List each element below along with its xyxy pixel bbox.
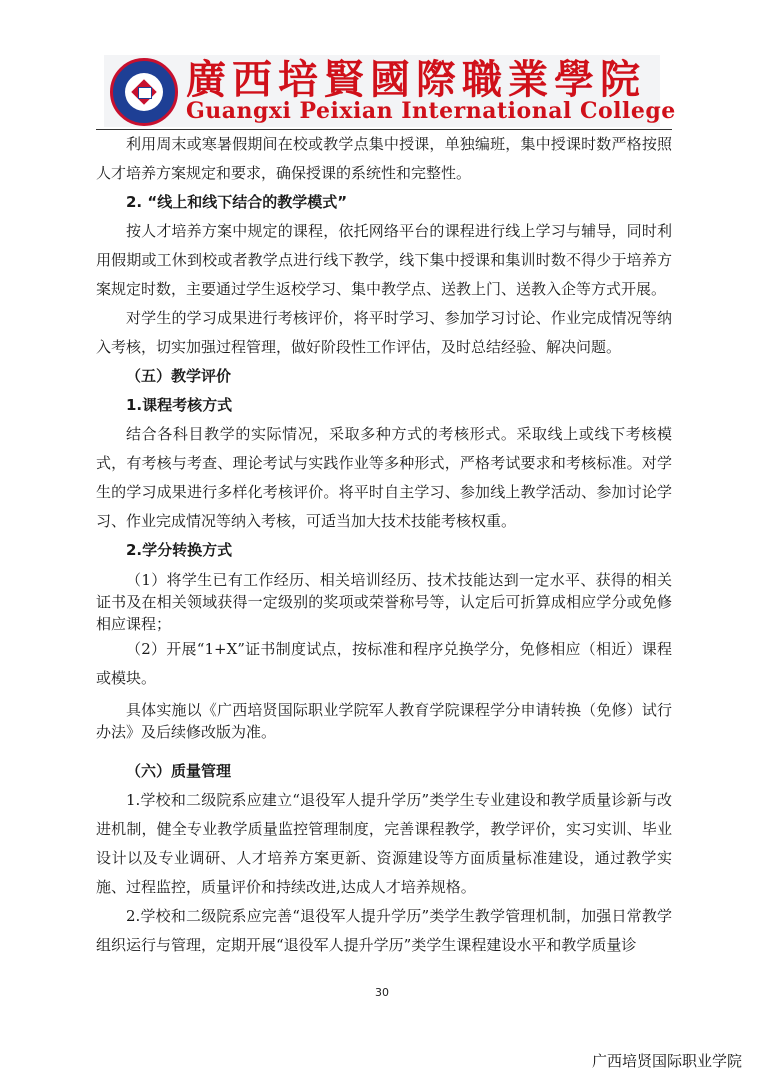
paragraph: 利用周末或寒暑假期间在校或教学点集中授课，单独编班，集中授课时数严格按照人才培养… bbox=[96, 130, 672, 188]
paragraph: 按人才培养方案中规定的课程，依托网络平台的课程进行线上学习与辅导，同时利用假期或… bbox=[96, 217, 672, 304]
document-body: 利用周末或寒暑假期间在校或教学点集中授课，单独编班，集中授课时数严格按照人才培养… bbox=[96, 130, 672, 960]
subsection-heading: 2.学分转换方式 bbox=[96, 536, 672, 565]
page-number: 30 bbox=[0, 986, 764, 999]
college-emblem-icon bbox=[110, 58, 178, 126]
college-name-en: Guangxi Peixian International College bbox=[186, 98, 656, 124]
paragraph: 对学生的学习成果进行考核评价，将平时学习、参加学习讨论、作业完成情况等纳入考核，… bbox=[96, 304, 672, 362]
paragraph: 结合各科目教学的实际情况，采取多种方式的考核形式。采取线上或线下考核模式，有考核… bbox=[96, 420, 672, 536]
section-heading: （五）教学评价 bbox=[96, 362, 672, 391]
section-heading: 2. “线上和线下结合的教学模式” bbox=[96, 188, 672, 217]
paragraph: 2.学校和二级院系应完善“退役军人提升学历”类学生教学管理机制，加强日常教学组织… bbox=[96, 902, 672, 960]
college-name-cn: 廣西培賢國際職業學院 bbox=[186, 58, 656, 102]
section-heading: （六）质量管理 bbox=[96, 757, 672, 786]
paragraph: （2）开展“1+X”证书制度试点，按标准和程序兑换学分，免修相应（相近）课程或模… bbox=[96, 635, 672, 693]
paragraph: （1）将学生已有工作经历、相关培训经历、技术技能达到一定水平、获得的相关证书及在… bbox=[96, 569, 672, 635]
paragraph: 具体实施以《广西培贤国际职业学院军人教育学院课程学分申请转换（免修）试行办法》及… bbox=[96, 699, 672, 743]
emblem-inner bbox=[125, 73, 163, 111]
book-icon bbox=[138, 87, 152, 99]
subsection-heading: 1.课程考核方式 bbox=[96, 391, 672, 420]
footer-watermark: 广西培贤国际职业学院 bbox=[592, 1050, 742, 1071]
paragraph: 1.学校和二级院系应建立“退役军人提升学历”类学生专业建设和教学质量诊新与改进机… bbox=[96, 786, 672, 902]
